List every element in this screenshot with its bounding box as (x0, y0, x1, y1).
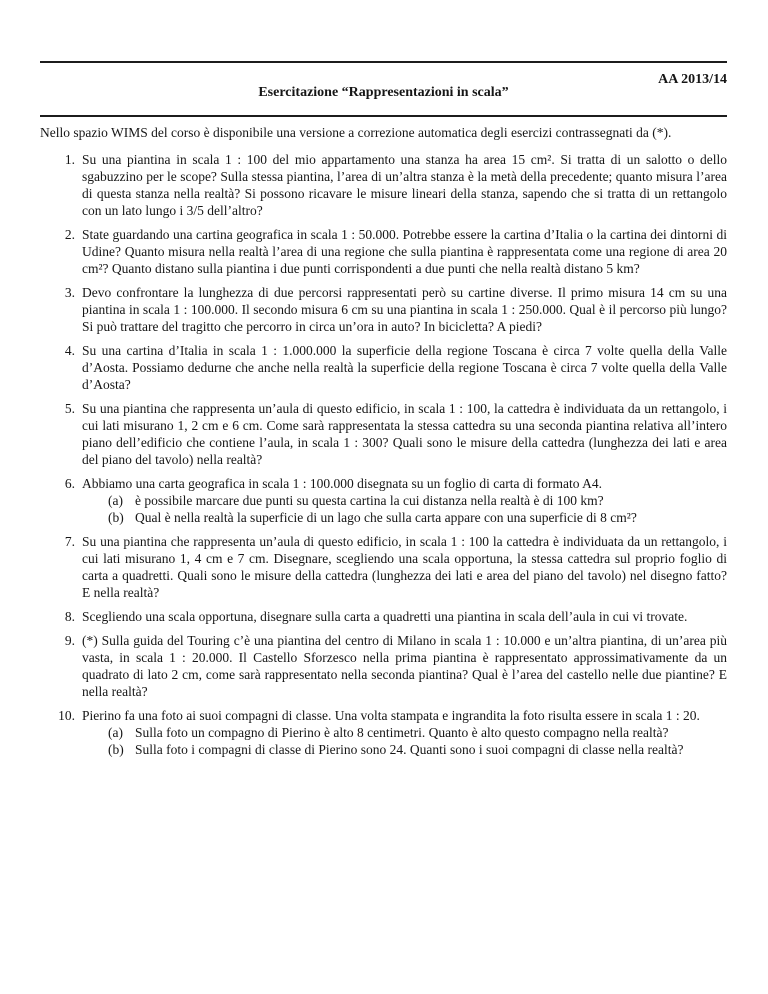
exercise-text: Su una piantina che rappresenta un’aula … (82, 400, 727, 468)
exercise-item-3: 3. Devo confrontare la lunghezza di due … (40, 284, 727, 335)
exercise-body: Scegliendo una scala opportuna, disegnar… (82, 608, 727, 625)
exercise-number: 1. (40, 151, 75, 219)
exercise-item-7: 7. Su una piantina che rappresenta un’au… (40, 533, 727, 601)
exercise-item-6: 6. Abbiamo una carta geografica in scala… (40, 475, 727, 526)
exercise-body: Su una piantina che rappresenta un’aula … (82, 400, 727, 468)
exercise-body: (*) Sulla guida del Touring c’è una pian… (82, 632, 727, 700)
intro-paragraph: Nello spazio WIMS del corso è disponibil… (40, 124, 727, 141)
exercise-number: 8. (40, 608, 75, 625)
document-header: AA 2013/14 Esercitazione “Rappresentazio… (40, 63, 727, 115)
exercise-text: Abbiamo una carta geografica in scala 1 … (82, 475, 727, 492)
exercise-item-1: 1. Su una piantina in scala 1 : 100 del … (40, 151, 727, 219)
subitem-text: Sulla foto un compagno di Pierino è alto… (135, 724, 727, 741)
exercise-body: Pierino fa una foto ai suoi compagni di … (82, 707, 727, 758)
subitem-text: è possibile marcare due punti su questa … (135, 492, 727, 509)
subitem-label: (b) (108, 509, 135, 526)
exercise-item-10: 10. Pierino fa una foto ai suoi compagni… (40, 707, 727, 758)
header-bottom-rule (40, 115, 727, 117)
exercise-text: Pierino fa una foto ai suoi compagni di … (82, 707, 727, 724)
exercise-body: Su una piantina in scala 1 : 100 del mio… (82, 151, 727, 219)
page-title: Esercitazione “Rappresentazioni in scala… (40, 84, 727, 101)
exercise-text: Su una piantina in scala 1 : 100 del mio… (82, 151, 727, 219)
exercise-number: 3. (40, 284, 75, 335)
exercise-item-2: 2. State guardando una cartina geografic… (40, 226, 727, 277)
subitem-text: Sulla foto i compagni di classe di Pieri… (135, 741, 727, 758)
exercise-text: Su una cartina d’Italia in scala 1 : 1.0… (82, 342, 727, 393)
exercise-item-8: 8. Scegliendo una scala opportuna, diseg… (40, 608, 727, 625)
exercise-text: (*) Sulla guida del Touring c’è una pian… (82, 632, 727, 700)
exercise-text: State guardando una cartina geografica i… (82, 226, 727, 277)
exercise-number: 6. (40, 475, 75, 526)
exercise-subitem-b: (b) Sulla foto i compagni di classe di P… (82, 741, 727, 758)
exercise-body: Su una cartina d’Italia in scala 1 : 1.0… (82, 342, 727, 393)
exercise-text: Scegliendo una scala opportuna, disegnar… (82, 608, 727, 625)
exercise-number: 10. (40, 707, 75, 758)
exercise-list: 1. Su una piantina in scala 1 : 100 del … (40, 151, 727, 758)
exercise-number: 7. (40, 533, 75, 601)
subitem-label: (a) (108, 724, 135, 741)
exercise-body: Abbiamo una carta geografica in scala 1 … (82, 475, 727, 526)
exercise-item-5: 5. Su una piantina che rappresenta un’au… (40, 400, 727, 468)
exercise-number: 9. (40, 632, 75, 700)
exercise-number: 2. (40, 226, 75, 277)
exercise-subitem-b: (b) Qual è nella realtà la superficie di… (82, 509, 727, 526)
exercise-subitem-a: (a) Sulla foto un compagno di Pierino è … (82, 724, 727, 741)
exercise-subitem-a: (a) è possibile marcare due punti su que… (82, 492, 727, 509)
exercise-item-9: 9. (*) Sulla guida del Touring c’è una p… (40, 632, 727, 700)
exercise-text: Devo confrontare la lunghezza di due per… (82, 284, 727, 335)
exercise-item-4: 4. Su una cartina d’Italia in scala 1 : … (40, 342, 727, 393)
subitem-text: Qual è nella realtà la superficie di un … (135, 509, 727, 526)
document-page: AA 2013/14 Esercitazione “Rappresentazio… (0, 0, 768, 994)
exercise-number: 4. (40, 342, 75, 393)
subitem-label: (b) (108, 741, 135, 758)
exercise-body: Su una piantina che rappresenta un’aula … (82, 533, 727, 601)
subitem-label: (a) (108, 492, 135, 509)
exercise-body: State guardando una cartina geografica i… (82, 226, 727, 277)
exercise-body: Devo confrontare la lunghezza di due per… (82, 284, 727, 335)
exercise-text: Su una piantina che rappresenta un’aula … (82, 533, 727, 601)
exercise-number: 5. (40, 400, 75, 468)
